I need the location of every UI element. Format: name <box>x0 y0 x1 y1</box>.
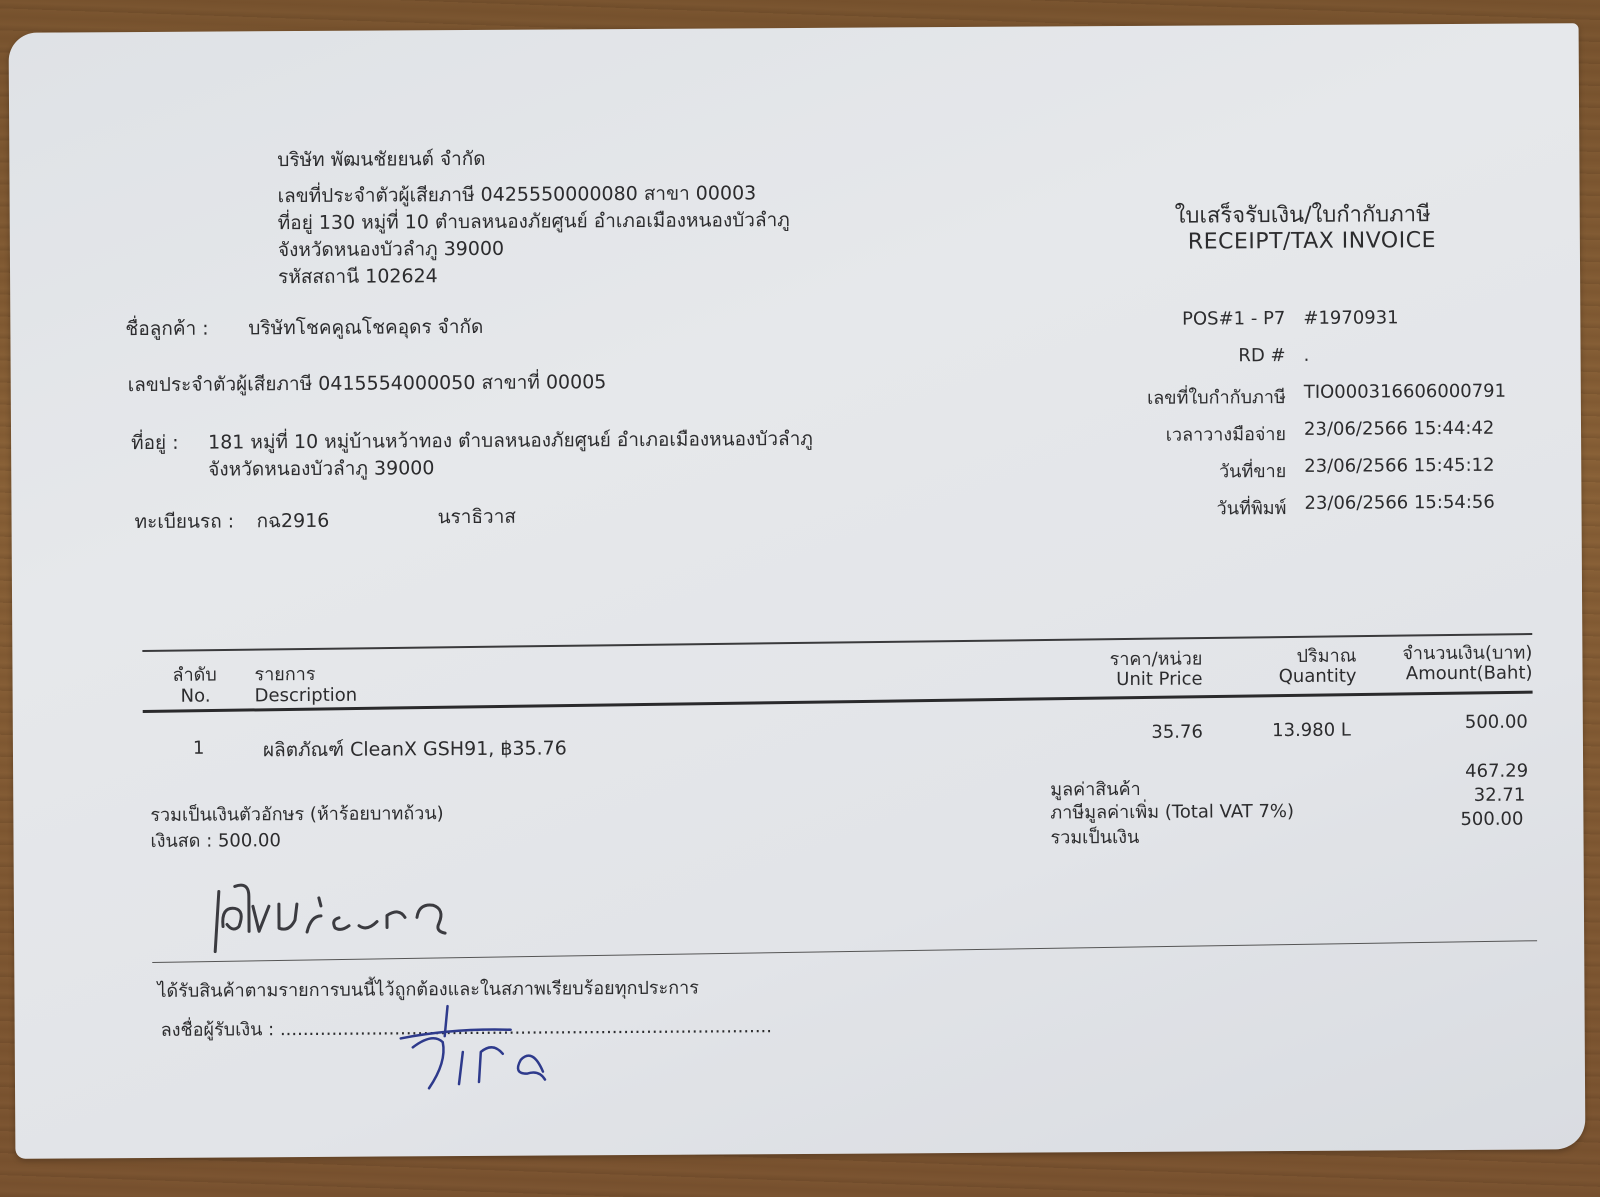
meta-label: POS#1 - P7 <box>1050 308 1285 330</box>
seller-station-code: รหัสสถานี 102624 <box>278 261 438 292</box>
meta-value: #1970931 <box>1303 307 1398 329</box>
amount-in-words: รวมเป็นเงินตัวอักษร (ห้าร้อยบาทถ้วน) <box>150 798 443 829</box>
header-desc-th: รายการ <box>254 659 315 688</box>
total-value: 500.00 <box>1413 809 1523 831</box>
header-qty-en: Quantity <box>1232 666 1356 688</box>
customer-address-label: ที่อยู่ : <box>131 428 179 458</box>
plate-number: กฉ2916 <box>256 506 329 536</box>
handwritten-note <box>209 875 499 957</box>
cell-no: 1 <box>193 738 205 759</box>
total-label: รวมเป็นเงิน <box>1050 822 1139 852</box>
seller-address-line1: ที่อยู่ 130 หมู่ที่ 10 ตำบลหนองภัยศูนย์ … <box>278 205 790 238</box>
header-desc-en: Description <box>255 685 358 707</box>
meta-label: วันที่พิมพ์ <box>1051 493 1286 523</box>
header-amount-en: Amount(Baht) <box>1372 663 1532 685</box>
meta-value: . <box>1304 345 1310 366</box>
invoice-meta: POS#1 - P7#1970931RD #.เลขที่ใบกำกับภาษี… <box>9 23 1579 33</box>
cash-paid: เงินสด : 500.00 <box>150 825 281 855</box>
cell-unit-price: 35.76 <box>1063 722 1203 744</box>
customer-name-label: ชื่อลูกค้า : <box>125 314 208 345</box>
customer-tax-id: เลขประจำตัวผู้เสียภาษี 0415554000050 สาข… <box>128 367 607 400</box>
cell-quantity: 13.980 L <box>1233 720 1351 742</box>
cell-amount: 500.00 <box>1413 712 1528 734</box>
acknowledgement-text: ได้รับสินค้าตามรายการบนนี้ไว้ถูกต้องและใ… <box>157 973 699 1005</box>
meta-value: 23/06/2566 15:54:56 <box>1304 492 1494 514</box>
receipt-paper: บริษัท พัฒนชัยยนต์ จำกัด เลขที่ประจำตัวผ… <box>9 23 1586 1159</box>
meta-label: วันที่ขาย <box>1051 456 1286 486</box>
header-no-en: No. <box>181 686 211 707</box>
subtotal-value: 467.29 <box>1413 761 1528 783</box>
customer-name: บริษัทโชคคูณโชคอุดร จำกัด <box>248 312 483 343</box>
plate-province: นราธิวาส <box>437 502 516 532</box>
cell-description: ผลิตภัณฑ์ CleanX GSH91, ฿35.76 <box>263 733 567 765</box>
meta-value: TIO000316606000791 <box>1304 381 1506 403</box>
meta-value: 23/06/2566 15:45:12 <box>1304 455 1494 477</box>
seller-address-line2: จังหวัดหนองบัวลำภู 39000 <box>278 234 504 265</box>
customer-address-line1: 181 หมู่ที่ 10 หมู่บ้านหว้าทอง ตำบลหนองภ… <box>208 424 813 458</box>
header-no-th: ลำดับ <box>172 660 216 689</box>
receiver-signature <box>393 1001 574 1092</box>
meta-label: เลขที่ใบกำกับภาษี <box>1051 382 1286 412</box>
plate-label: ทะเบียนรถ : <box>134 506 234 537</box>
meta-label: เวลาวางมือจ่าย <box>1051 419 1286 449</box>
header-price-en: Unit Price <box>1062 669 1202 691</box>
vat-value: 32.71 <box>1413 785 1525 807</box>
table-body: 1ผลิตภัณฑ์ CleanX GSH91, ฿35.7635.7613.9… <box>9 23 1579 33</box>
title-english: RECEIPT/TAX INVOICE <box>1188 228 1436 255</box>
seller-name: บริษัท พัฒนชัยยนต์ จำกัด <box>277 144 485 175</box>
customer-address-line2: จังหวัดหนองบัวลำภู 39000 <box>208 453 434 484</box>
meta-label: RD # <box>1051 345 1286 367</box>
title-thai: ใบเสร็จรับเงิน/ใบกำกับภาษี <box>1175 196 1431 233</box>
meta-value: 23/06/2566 15:44:42 <box>1304 418 1494 440</box>
